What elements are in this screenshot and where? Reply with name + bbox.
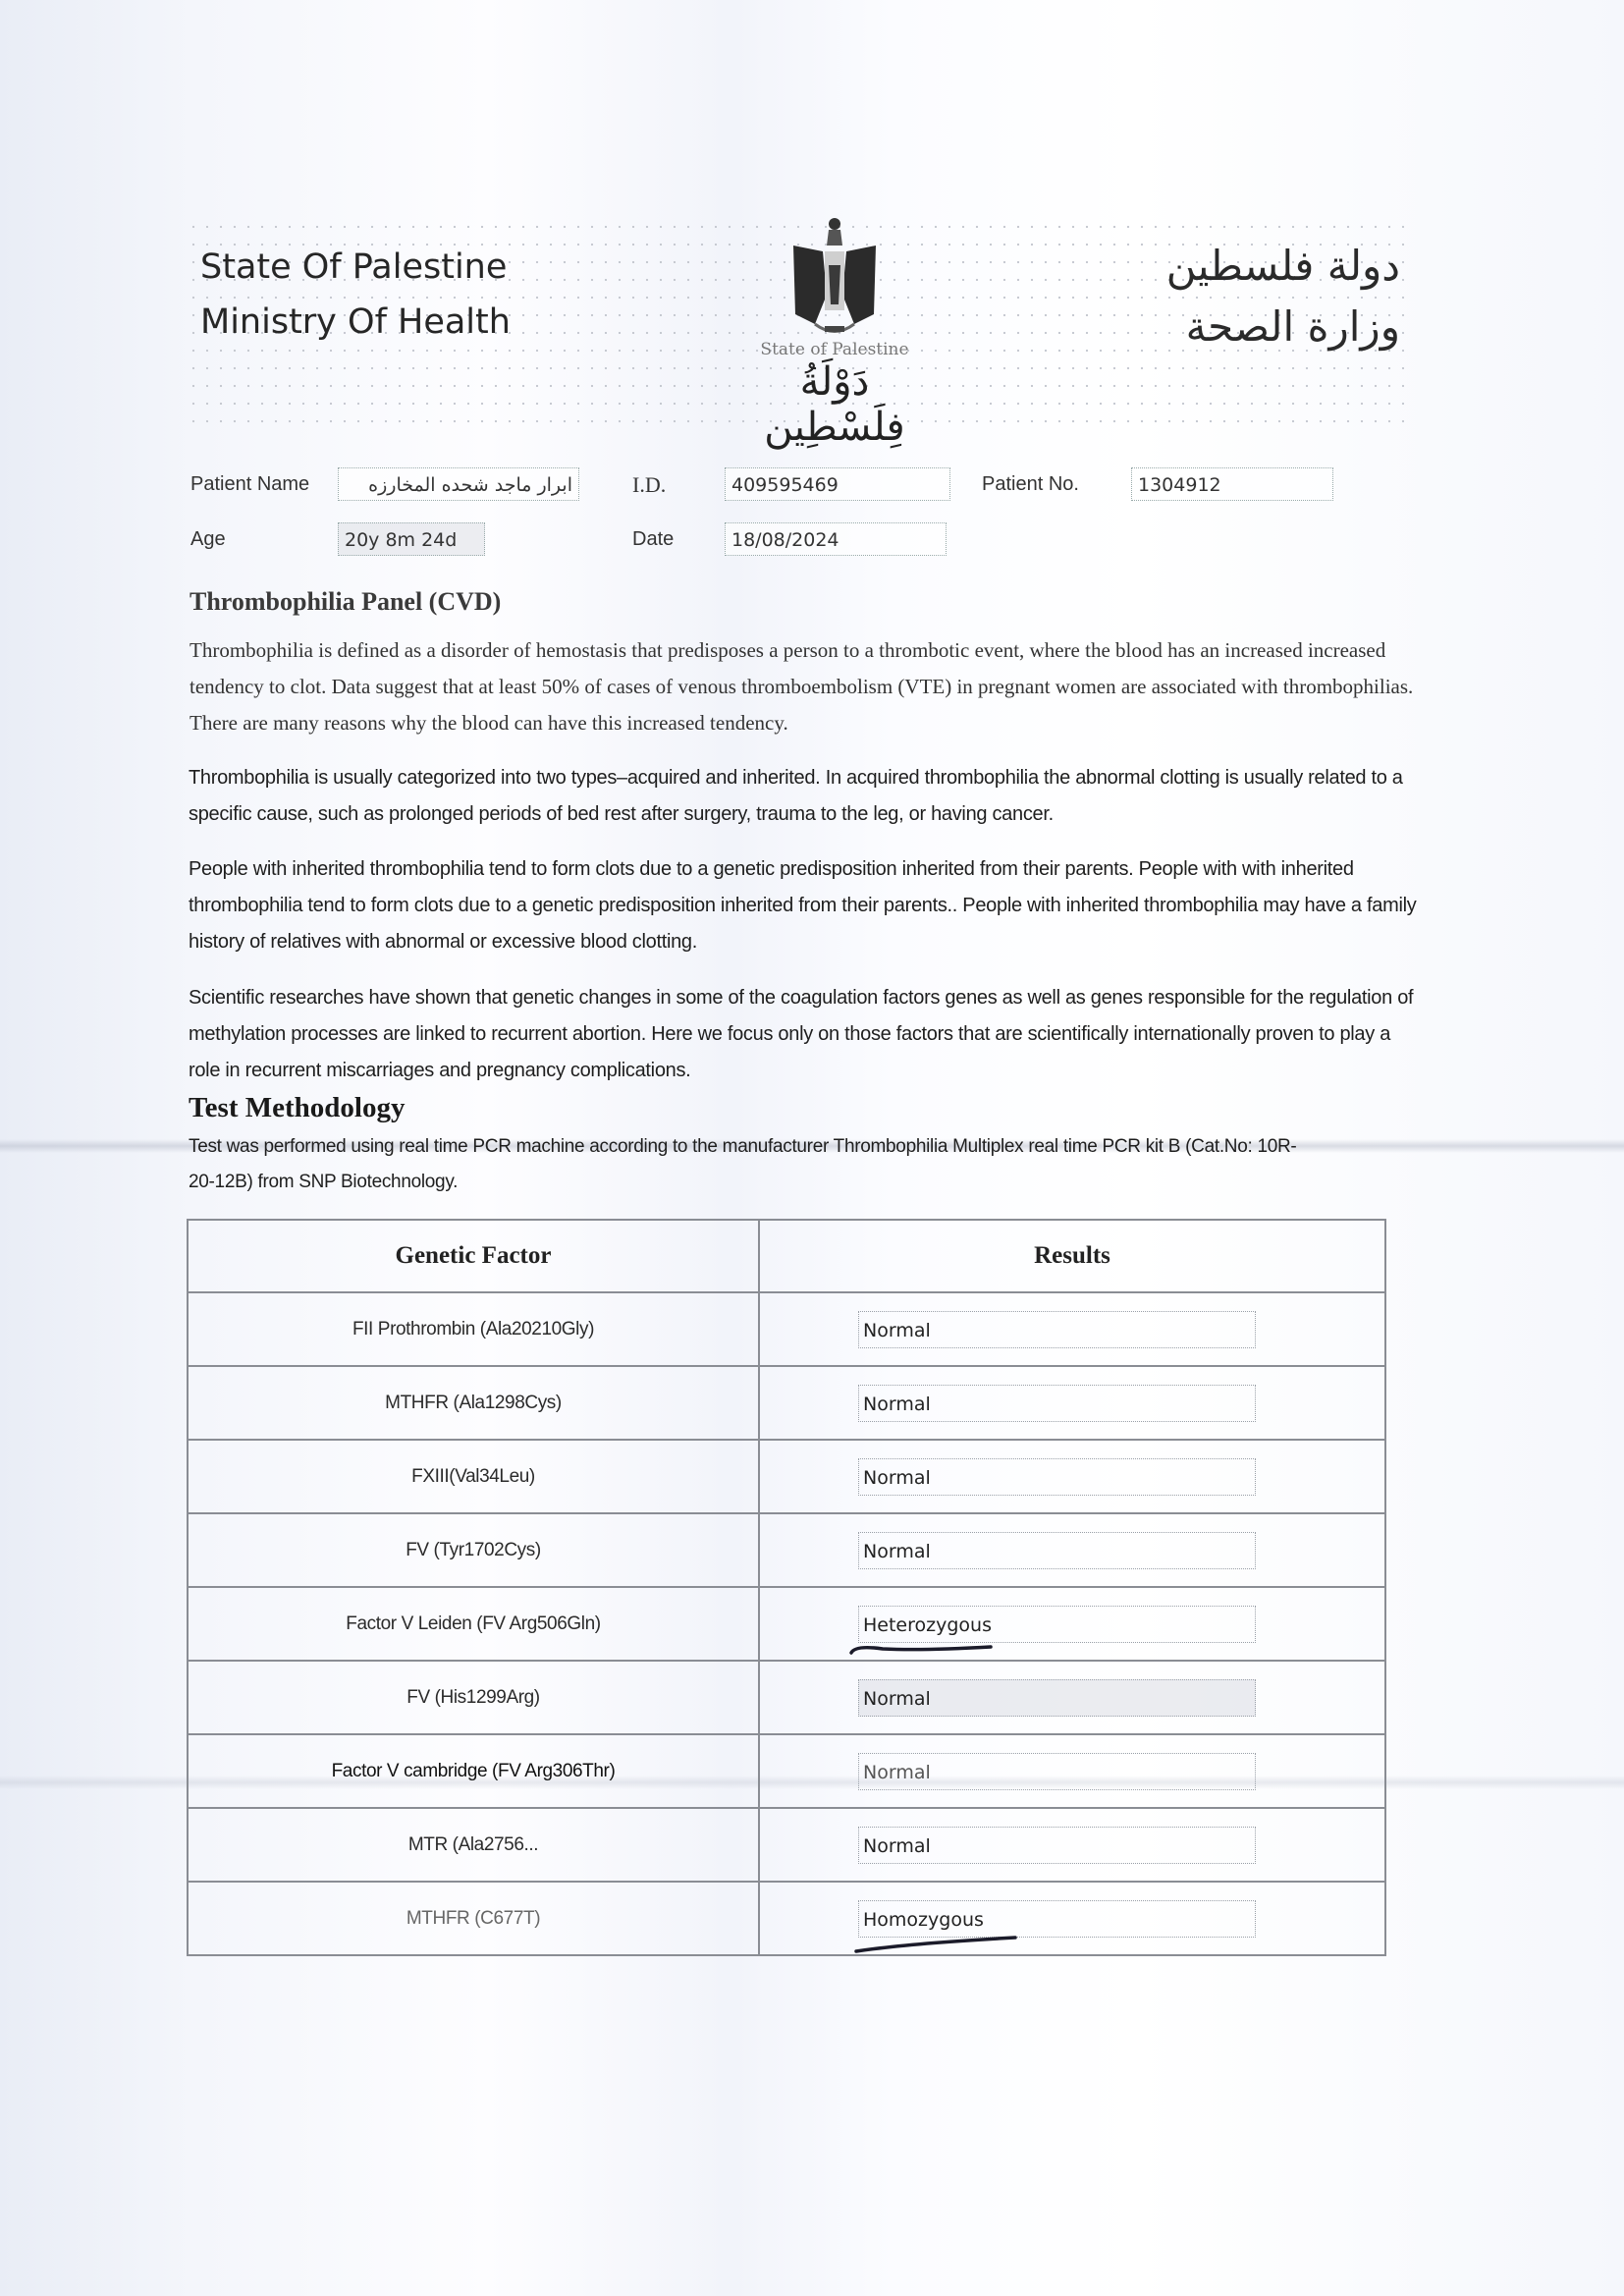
patient-name-label: Patient Name	[190, 473, 309, 496]
id-field: 409595469	[725, 467, 950, 501]
id-label: I.D.	[632, 472, 666, 498]
table-row: MTHFR (Ala1298Cys) Normal	[188, 1366, 1385, 1440]
result-cell: Heterozygous	[759, 1587, 1385, 1661]
methodology-title: Test Methodology	[189, 1092, 405, 1124]
table-row: MTHFR (C677T) Homozygous	[188, 1882, 1385, 1955]
emblem-caption-en: State of Palestine	[751, 340, 918, 359]
results-header: Results	[759, 1220, 1385, 1292]
panel-title: Thrombophilia Panel (CVD)	[189, 587, 501, 617]
factor-cell: MTHFR (Ala1298Cys)	[188, 1366, 759, 1440]
table-header-row: Genetic Factor Results	[188, 1220, 1385, 1292]
header-state-ar: دولة فلسطين	[1166, 242, 1400, 290]
table-row: MTR (Ala2756... Normal	[188, 1808, 1385, 1882]
acquired-inherited-paragraph: Thrombophilia is usually categorized int…	[189, 760, 1426, 833]
age-label: Age	[190, 528, 226, 551]
header-ministry-en: Ministry Of Health	[200, 302, 511, 342]
patient-no-label: Patient No.	[982, 473, 1079, 496]
intro-paragraph: Thrombophilia is defined as a disorder o…	[189, 632, 1427, 741]
result-value: Normal	[858, 1827, 1256, 1864]
result-cell: Normal	[759, 1366, 1385, 1440]
result-value: Normal	[858, 1679, 1256, 1717]
table-row: FV (His1299Arg) Normal	[188, 1661, 1385, 1734]
result-value: Normal	[858, 1532, 1256, 1569]
header-ministry-ar: وزارة الصحة	[1186, 302, 1400, 351]
table-row: FII Prothrombin (Ala20210Gly) Normal	[188, 1292, 1385, 1366]
result-cell: Normal	[759, 1292, 1385, 1366]
emblem-caption-ar: دَوْلَةُ فِلَسْطِين	[751, 359, 918, 450]
factor-cell: Factor V cambridge (FV Arg306Thr)	[188, 1734, 759, 1808]
scientific-research-paragraph: Scientific researches have shown that ge…	[189, 980, 1426, 1089]
age-field: 20y 8m 24d	[338, 522, 485, 556]
result-value: Normal	[858, 1458, 1256, 1496]
result-value: Normal	[858, 1753, 1256, 1790]
table-row: FXIII(Val34Leu) Normal	[188, 1440, 1385, 1513]
result-cell: Homozygous	[759, 1882, 1385, 1955]
patient-no-field: 1304912	[1131, 467, 1333, 501]
result-value-abnormal: Homozygous	[858, 1900, 1256, 1938]
result-value: Normal	[858, 1385, 1256, 1422]
methodology-text: Test was performed using real time PCR m…	[189, 1129, 1298, 1200]
table-row: Factor V Leiden (FV Arg506Gln) Heterozyg…	[188, 1587, 1385, 1661]
result-cell: Normal	[759, 1440, 1385, 1513]
inherited-paragraph: People with inherited thrombophilia tend…	[189, 851, 1426, 960]
pen-underline-mark-icon	[843, 1639, 1001, 1659]
patient-name-field: ابرار ماجد شحده المخارزه	[338, 467, 579, 501]
factor-cell: FII Prothrombin (Ala20210Gly)	[188, 1292, 759, 1366]
factor-cell: Factor V Leiden (FV Arg506Gln)	[188, 1587, 759, 1661]
results-table: Genetic Factor Results FII Prothrombin (…	[187, 1219, 1386, 1956]
table-row: Factor V cambridge (FV Arg306Thr) Normal	[188, 1734, 1385, 1808]
factor-cell: FXIII(Val34Leu)	[188, 1440, 759, 1513]
genetic-factor-header: Genetic Factor	[188, 1220, 759, 1292]
date-label: Date	[632, 528, 674, 551]
pen-underline-mark-icon	[848, 1934, 1025, 1955]
result-cell: Normal	[759, 1808, 1385, 1882]
factor-cell: MTHFR (C677T)	[188, 1882, 759, 1955]
result-cell: Normal	[759, 1513, 1385, 1587]
factor-cell: FV (Tyr1702Cys)	[188, 1513, 759, 1587]
result-value: Normal	[858, 1311, 1256, 1348]
result-value-abnormal: Heterozygous	[858, 1606, 1256, 1643]
factor-cell: MTR (Ala2756...	[188, 1808, 759, 1882]
date-field: 18/08/2024	[725, 522, 947, 556]
factor-cell: FV (His1299Arg)	[188, 1661, 759, 1734]
header-state-en: State Of Palestine	[200, 247, 507, 287]
result-cell: Normal	[759, 1661, 1385, 1734]
table-row: FV (Tyr1702Cys) Normal	[188, 1513, 1385, 1587]
palestine-eagle-emblem-icon	[785, 216, 884, 344]
result-cell: Normal	[759, 1734, 1385, 1808]
